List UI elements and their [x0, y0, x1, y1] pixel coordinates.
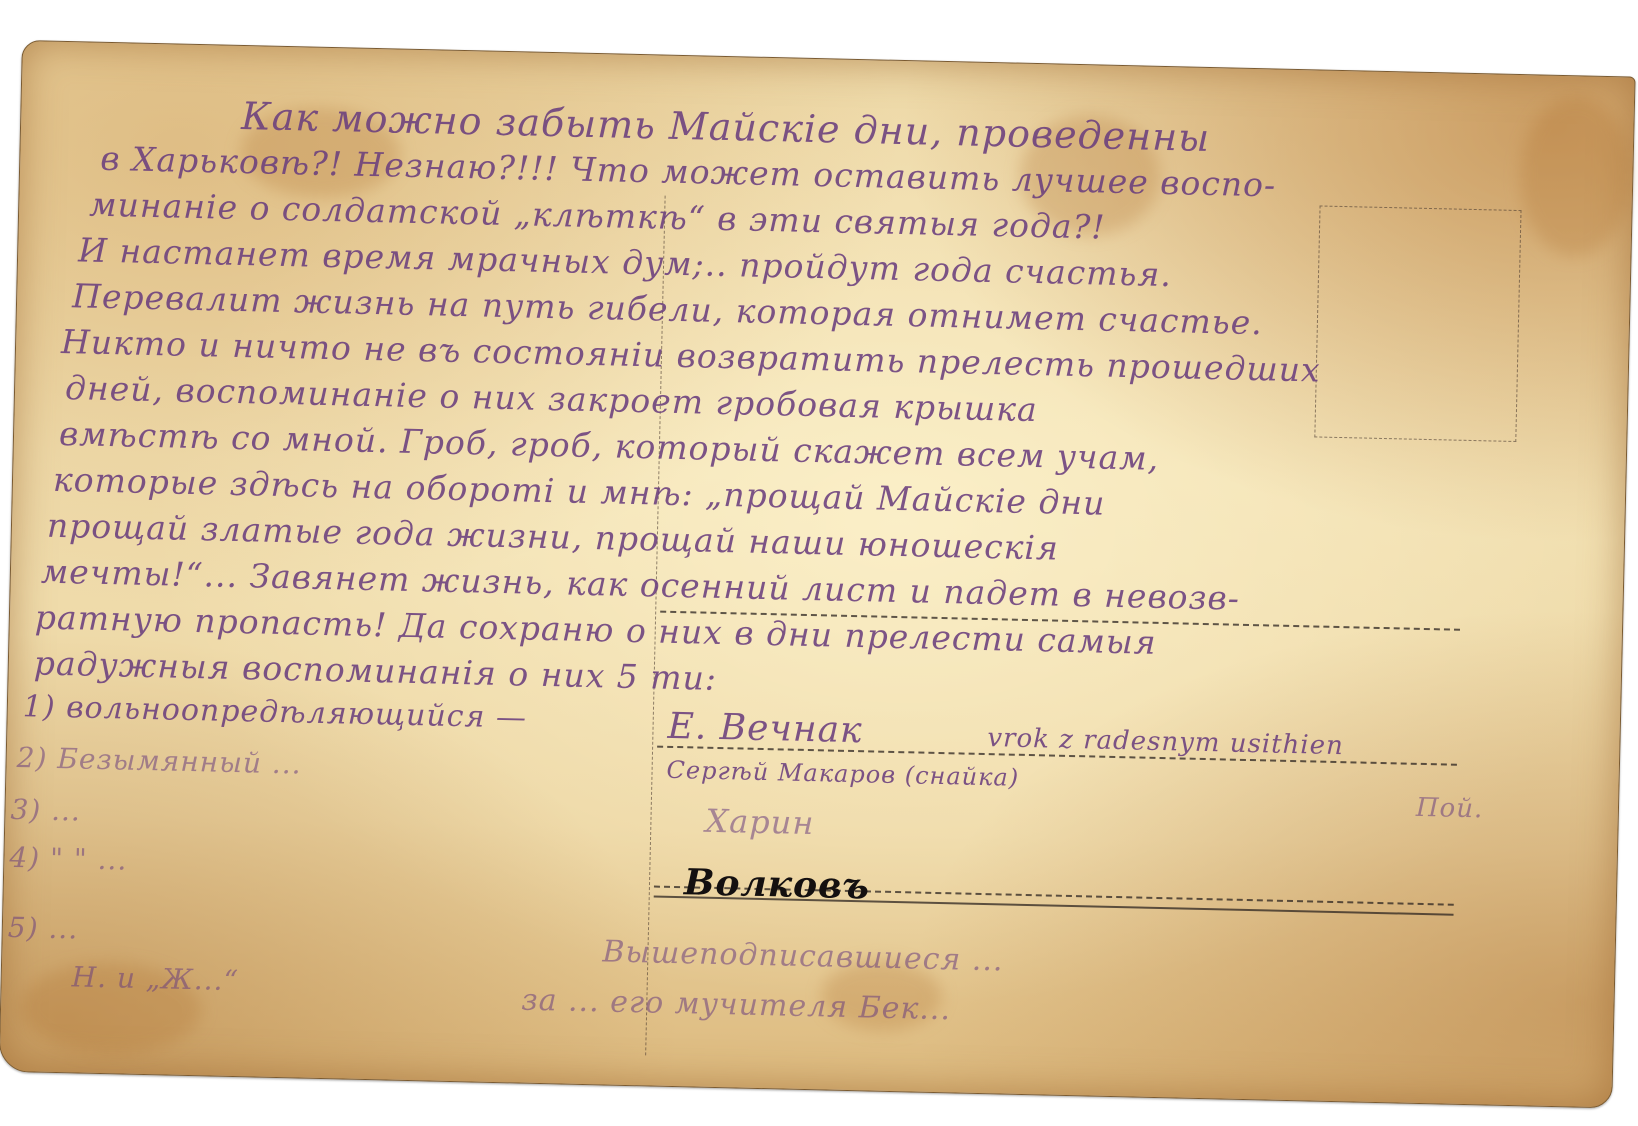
list-item: 1) вольноопредѣляющийся — — [22, 689, 527, 735]
signature: Е. Вечнак — [667, 706, 863, 751]
signature: Харин — [705, 802, 815, 842]
signature-black: Волковъ — [684, 861, 871, 907]
signature: Сергѣй Макаров (снайка) — [666, 756, 1019, 792]
list-item: 2) Безымянный ... — [16, 741, 302, 780]
list-item: 4) " " ... — [9, 841, 128, 877]
footer-line: Вышеподписавшиеся ... — [602, 934, 1004, 978]
paper-stain — [1519, 95, 1633, 257]
list-item: 3) ... — [10, 793, 81, 828]
signature-note: Пой. — [1416, 793, 1484, 825]
text-line: радужныя воспоминанія о них 5 ти: — [33, 643, 717, 697]
list-item: 5) ... — [7, 911, 78, 946]
postcard: Как можно забыть Майскіе дни, проведенны… — [0, 40, 1636, 1108]
list-item: Н. и „Ж...“ — [71, 960, 239, 997]
stamp-box — [1314, 205, 1521, 442]
